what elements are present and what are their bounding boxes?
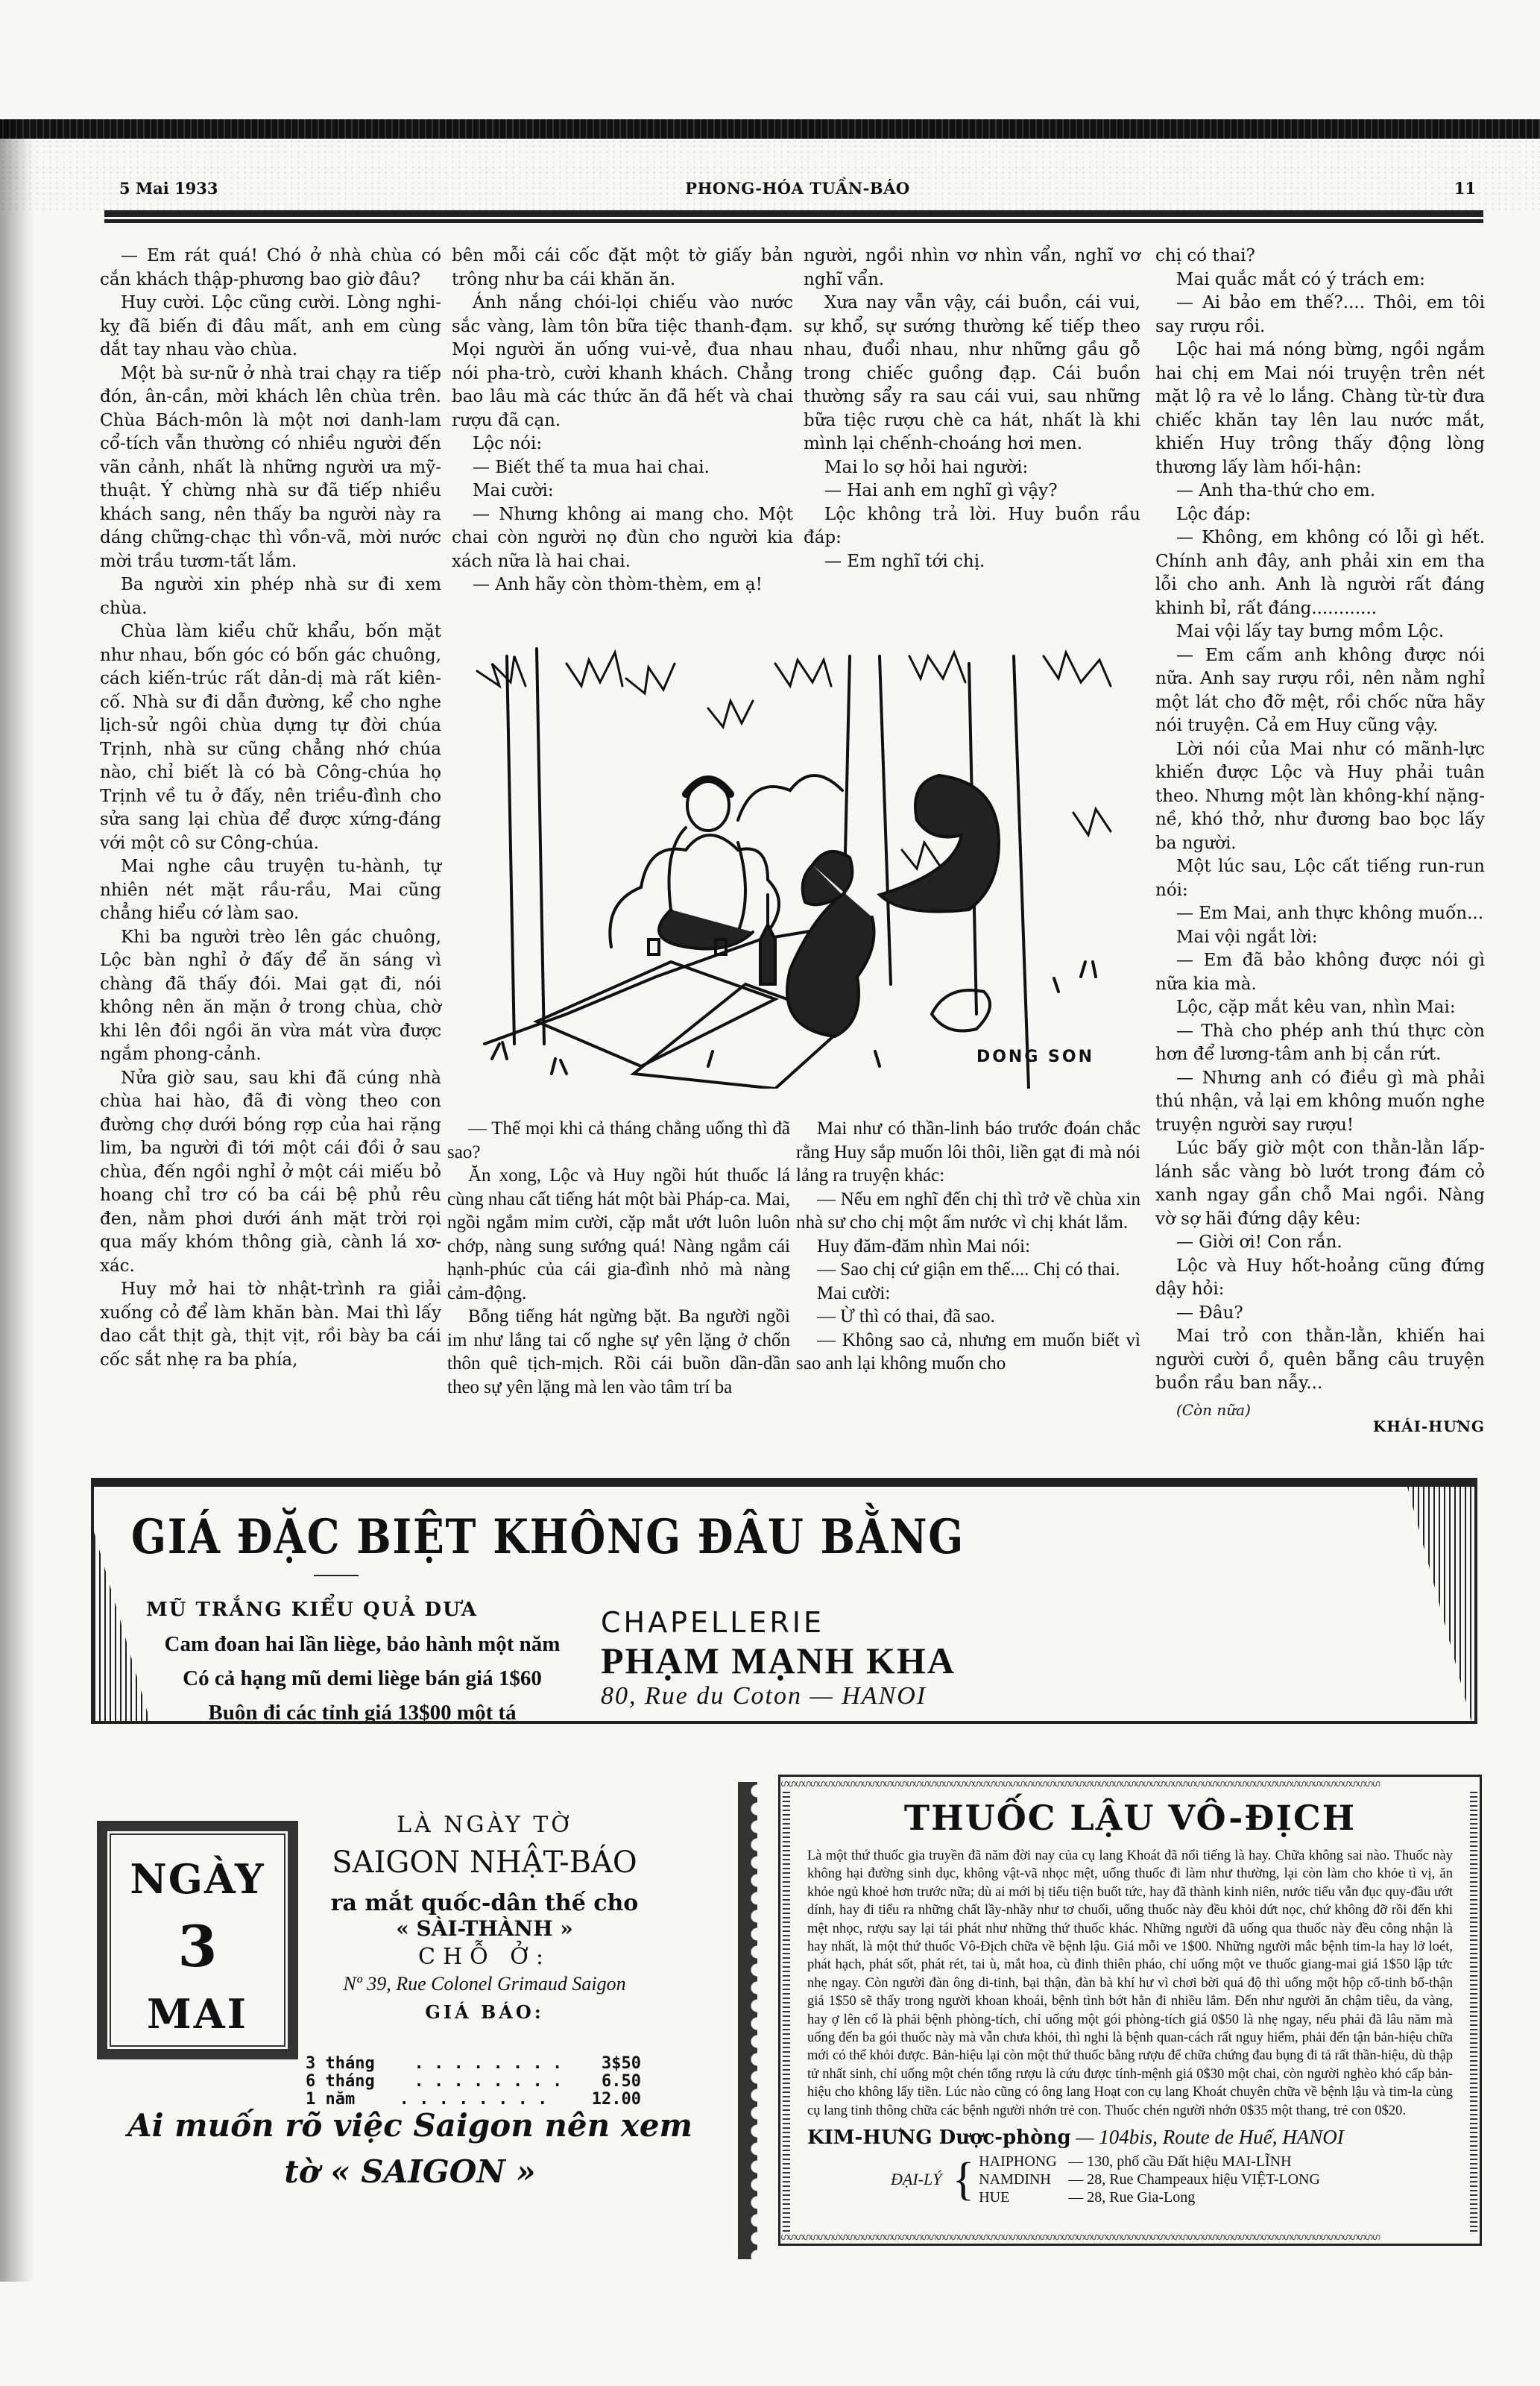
- paragraph: — Em đã bảo không được nói gì nữa kia mà…: [1155, 949, 1485, 996]
- scan-noise: [0, 139, 1540, 213]
- paragraph: Mai lo sợ hỏi hai người:: [804, 456, 1140, 480]
- price-row: 6 tháng. . . . . . . .6.50: [306, 2073, 641, 2091]
- paragraph: Mai vội ngắt lời:: [1155, 926, 1485, 950]
- paragraph: Huy cười. Lộc cũng cười. Lòng nghi-kỵ đã…: [100, 292, 441, 362]
- paragraph: — Không, em không có lỗi gì hết. Chính a…: [1155, 526, 1485, 620]
- picnic-illustration: DONG SON: [462, 626, 1140, 1089]
- article-signoff: (Còn nữa) KHÁI-HƯNG: [1155, 1399, 1485, 1439]
- paragraph: — Thà cho phép anh thú thực còn hơn để l…: [1155, 1020, 1485, 1067]
- paragraph: Mai vội lấy tay bưng mồm Lộc.: [1155, 620, 1485, 644]
- address-label: CHỖ Ở:: [306, 1944, 663, 1970]
- date-box-month: MAI: [107, 1990, 288, 2038]
- paragraph: Lộc đáp:: [1155, 503, 1485, 527]
- offer-line: Buôn đi các tỉnh giá 13$00 một tá: [154, 1696, 571, 1724]
- chain-border: [1470, 1789, 1477, 2232]
- paragraph: bên mỗi cái cốc đặt một tờ giấy bản trôn…: [452, 245, 793, 292]
- ad-slogan: Ai muốn rõ việc Saigon nên xem tờ « SAIG…: [82, 2103, 738, 2195]
- article-column-1: — Em rát quá! Chó ở nhà chùa có cắn khác…: [100, 245, 441, 1372]
- paragraph: Mai quắc mắt có ý trách em:: [1155, 268, 1485, 292]
- decorative-stripes: [1407, 1487, 1474, 1724]
- paragraph: — Nếu em nghĩ đến chị thì trở về chùa xi…: [796, 1188, 1140, 1235]
- paragraph: Bỗng tiếng hát ngừng bặt. Ba người ngồi …: [447, 1305, 790, 1399]
- intro-line: LÀ NGÀY TỜ: [306, 1812, 663, 1838]
- shop-name: PHẠM MẠNH KHA: [601, 1639, 956, 1682]
- paragraph: Một bà sư-nữ ở nhà trai chạy ra tiếp đón…: [100, 362, 441, 574]
- chain-border: [783, 1789, 790, 2232]
- paragraph: Mai nghe câu truyện tu-hành, tự nhiên né…: [100, 855, 441, 926]
- subscription-price-list: 3 tháng. . . . . . . .3$50 6 tháng. . . …: [306, 2055, 641, 2109]
- paragraph: Ánh nắng chói-lọi chiếu vào nước sắc vàn…: [452, 292, 793, 432]
- author-name: KHÁI-HƯNG: [1373, 1399, 1485, 1439]
- header-rule: [104, 210, 1483, 219]
- shop-info: CHAPELLERIE PHẠM MẠNH KHA 80, Rue du Cot…: [601, 1606, 956, 1710]
- page-header: 5 Mai 1933 PHONG-HÓA TUẦN-BÁO 11: [119, 179, 1476, 201]
- paragraph: Mai cười:: [452, 479, 793, 503]
- paragraph: Mai như có thần-linh báo trước đoán chắc…: [796, 1117, 1140, 1188]
- offer-line: Cam đoan hai lần liège, bảo hành một năm: [154, 1627, 571, 1661]
- publication-title: PHONG-HÓA TUẦN-BÁO: [119, 179, 1476, 198]
- newspaper-name: SAIGON NHẬT-BÁO: [306, 1845, 663, 1880]
- shop-type: CHAPELLERIE: [601, 1606, 956, 1639]
- paragraph: Huy mở hai tờ nhật-trình ra giải xuống c…: [100, 1278, 441, 1372]
- article-column-3: người, ngồi nhìn vơ nhìn vẩn, nghĩ vơ ng…: [804, 245, 1140, 573]
- paragraph: — Ừ thì có thai, đã sao.: [796, 1305, 1140, 1329]
- paragraph: — Đâu?: [1155, 1302, 1485, 1326]
- paragraph: Xưa nay vẫn vậy, cái buồn, cái vui, sự k…: [804, 292, 1140, 456]
- paragraph: Huy đăm-đăm nhìn Mai nói:: [796, 1235, 1140, 1259]
- paragraph: Mai trỏ con thằn-lằn, khiến hai người cư…: [1155, 1325, 1485, 1396]
- ad-body-text: Là một thứ thuốc gia truyền đã năm đời n…: [801, 1847, 1459, 2120]
- artist-signature: DONG SON: [976, 1048, 1094, 1066]
- article-column-2: bên mỗi cái cốc đặt một tờ giấy bản trôn…: [452, 245, 793, 597]
- paragraph: — Em cấm anh không được nói nữa. Anh say…: [1155, 644, 1485, 738]
- price-heading: GIÁ BÁO:: [306, 2001, 663, 2023]
- paragraph: — Không sao cả, nhưng em muốn biết vì sa…: [796, 1329, 1140, 1376]
- paragraph: — Ai bảo em thế?.... Thôi, em tôi say rư…: [1155, 292, 1485, 339]
- price-row: 3 tháng. . . . . . . .3$50: [306, 2055, 641, 2073]
- ad-title: THUỐC LẬU VÔ-ĐỊCH: [801, 1798, 1459, 1838]
- pharmacy-name: KIM-HƯNG Dược-phòng: [807, 2127, 1071, 2149]
- paragraph: Lúc bấy giờ một con thằn-lằn lấp-lánh sắ…: [1155, 1137, 1485, 1231]
- paragraph: người, ngồi nhìn vơ nhìn vẩn, nghĩ vơ ng…: [804, 245, 1140, 292]
- binding-edge-shadow: [0, 119, 34, 2282]
- paragraph: — Thế mọi khi cả tháng chẳng uống thì đã…: [447, 1117, 790, 1164]
- ad-subhead: MŨ TRẮNG KIỂU QUẢ DƯA: [146, 1599, 478, 1621]
- page-number: 11: [1454, 179, 1476, 198]
- pharmacy-line: KIM-HƯNG Dược-phòng — 104bis, Route de H…: [801, 2126, 1459, 2150]
- agent-row: HUE— 28, Rue Gia-Long: [979, 2188, 1320, 2206]
- agents-entries: HAIPHONG— 130, phố cầu Đất hiệu MAI-LĨNH…: [979, 2153, 1320, 2206]
- agents-list: ĐẠI-LÝ { HAIPHONG— 130, phố cầu Đất hiệu…: [891, 2153, 1459, 2206]
- date-box-number: 3: [107, 1913, 288, 1980]
- article-column-2-lower: — Thế mọi khi cả tháng chẳng uống thì đã…: [447, 1117, 790, 1399]
- paragraph: — Em Mai, anh thực không muốn...: [1155, 902, 1485, 926]
- paragraph: Lộc nói:: [452, 432, 793, 456]
- date-box: NGÀY 3 MAI: [97, 1821, 298, 2059]
- paragraph: Ba người xin phép nhà sư đi xem chùa.: [100, 573, 441, 620]
- paragraph: — Hai anh em nghĩ gì vậy?: [804, 479, 1140, 503]
- paragraph: chị có thai?: [1155, 245, 1485, 268]
- paragraph: — Nhưng anh có điều gì mà phải thú nhận,…: [1155, 1067, 1485, 1138]
- picnic-drawing-icon: [462, 626, 1140, 1089]
- article-column-3-lower: Mai như có thần-linh báo trước đoán chắc…: [796, 1117, 1140, 1376]
- agent-row: NAMDINH— 28, Rue Champeaux hiệu VIỆT-LON…: [979, 2171, 1320, 2188]
- shop-address: 80, Rue du Coton — HANOI: [601, 1682, 956, 1710]
- paragraph: — Em rát quá! Chó ở nhà chùa có cắn khác…: [100, 245, 441, 292]
- ad-offer-lines: Cam đoan hai lần liège, bảo hành một năm…: [154, 1627, 571, 1724]
- paragraph: Khi ba người trèo lên gác chuông, Lộc bà…: [100, 926, 441, 1067]
- wave-border: ഗഗഗഗഗഗഗഗഗഗഗഗഗഗഗഗഗഗഗഗഗഗഗഗഗഗഗഗഗഗഗഗഗഗഗഗഗഗഗഗ…: [780, 2232, 1480, 2242]
- paragraph: Nửa giờ sau, sau khi đã cúng nhà chùa ha…: [100, 1067, 441, 1279]
- continued-note: (Còn nữa): [1155, 1399, 1251, 1439]
- old-newspaper-name: « SÀI-THÀNH »: [306, 1916, 663, 1941]
- ornament-divider: [314, 1575, 359, 1576]
- paragraph: Lời nói của Mai như có mãnh-lực khiến đư…: [1155, 738, 1485, 856]
- newspaper-address: Nº 39, Rue Colonel Grimaud Saigon: [306, 1973, 663, 1995]
- paragraph: — Anh hãy còn thòm-thèm, em ạ!: [452, 573, 793, 597]
- paragraph: Lộc, cặp mắt kêu van, nhìn Mai:: [1155, 996, 1485, 1020]
- page-top-scan-band: [0, 119, 1540, 139]
- brace-icon: {: [952, 2156, 974, 2203]
- wave-border: ഗഗഗഗഗഗഗഗഗഗഗഗഗഗഗഗഗഗഗഗഗഗഗഗഗഗഗഗഗഗഗഗഗഗഗഗഗഗഗഗ…: [780, 1778, 1480, 1789]
- slogan-line: Ai muốn rõ việc Saigon nên xem: [82, 2103, 738, 2149]
- ad-headline: GIÁ ĐẶC BIỆT KHÔNG ĐÂU BẰNG: [131, 1509, 965, 1565]
- paragraph: — Giời ơi! Con rắn.: [1155, 1231, 1485, 1255]
- paragraph: — Sao chị cứ giận em thế.... Chị có thai…: [796, 1258, 1140, 1282]
- pharmacy-address: — 104bis, Route de Huế, HANOI: [1076, 2126, 1344, 2148]
- medicine-advertisement: ഗഗഗഗഗഗഗഗഗഗഗഗഗഗഗഗഗഗഗഗഗഗഗഗഗഗഗഗഗഗഗഗഗഗഗഗഗഗഗഗ…: [778, 1775, 1482, 2246]
- replacement-line: ra mắt quốc-dân thế cho: [306, 1890, 663, 1916]
- saigon-newspaper-advertisement: NGÀY 3 MAI LÀ NGÀY TỜ SAIGON NHẬT-BÁO ra…: [82, 1775, 745, 2252]
- paragraph: — Biết thế ta mua hai chai.: [452, 456, 793, 480]
- paragraph: — Anh tha-thứ cho em.: [1155, 479, 1485, 503]
- paragraph: Lộc và Huy hốt-hoảng cũng đứng dậy hỏi:: [1155, 1255, 1485, 1302]
- paragraph: Mai cười:: [796, 1282, 1140, 1306]
- paragraph: Chùa làm kiểu chữ khẩu, bốn mặt như nhau…: [100, 620, 441, 855]
- scalloped-border: [738, 1782, 757, 2259]
- paragraph: Lộc không trả lời. Huy buồn rầu đáp:: [804, 503, 1140, 550]
- agents-label: ĐẠI-LÝ: [891, 2171, 941, 2188]
- hat-shop-advertisement: GIÁ ĐẶC BIỆT KHÔNG ĐÂU BẰNG MŨ TRẮNG KIỂ…: [91, 1478, 1477, 1724]
- paragraph: Lộc hai má nóng bừng, ngồi ngắm hai chị …: [1155, 339, 1485, 479]
- paragraph: — Nhưng không ai mang cho. Một chai còn …: [452, 503, 793, 574]
- slogan-line: tờ « SAIGON »: [82, 2149, 738, 2195]
- paragraph: — Em nghĩ tới chị.: [804, 550, 1140, 574]
- offer-line: Có cả hạng mũ demi liège bán giá 1$60: [154, 1661, 571, 1696]
- paragraph: Ăn xong, Lộc và Huy ngồi hút thuốc lá cù…: [447, 1164, 790, 1305]
- date-box-day-label: NGÀY: [107, 1855, 288, 1903]
- paragraph: Một lúc sau, Lộc cất tiếng run-run nói:: [1155, 855, 1485, 902]
- article-column-4: chị có thai? Mai quắc mắt có ý trách em:…: [1155, 245, 1485, 1438]
- agent-row: HAIPHONG— 130, phố cầu Đất hiệu MAI-LĨNH: [979, 2153, 1320, 2171]
- newspaper-info: LÀ NGÀY TỜ SAIGON NHẬT-BÁO ra mắt quốc-d…: [306, 1812, 663, 2023]
